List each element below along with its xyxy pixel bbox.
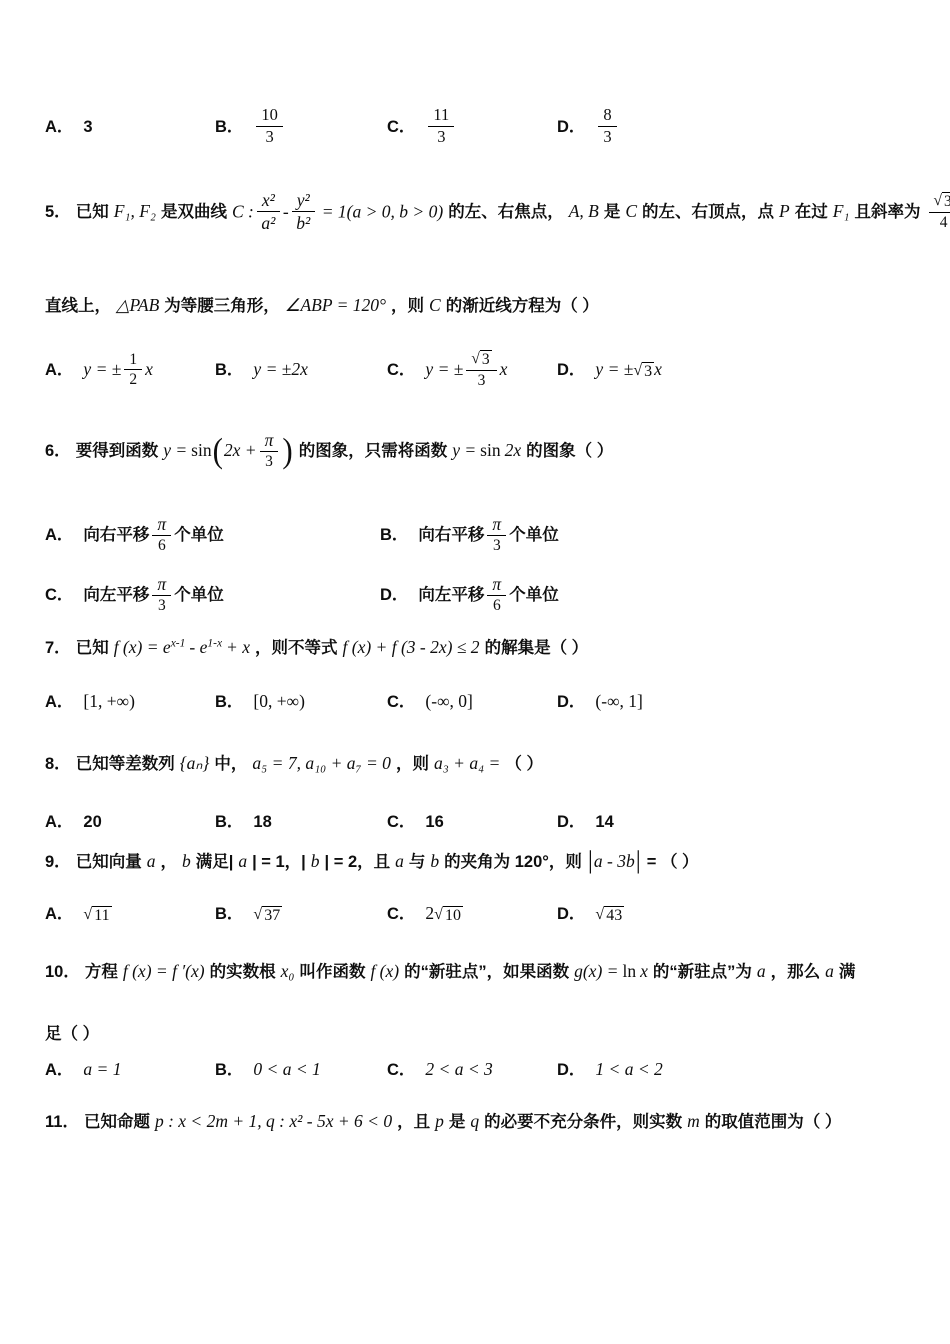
option-a: A．3	[45, 113, 210, 137]
option-value: 20	[83, 813, 101, 831]
question-5-stem-line-1: 5． 已知 F₁, F₂ 是双曲线 C :x²a²-y²b² = 1(a > 0…	[45, 192, 940, 235]
option-label: D．	[380, 586, 408, 604]
text: 叫作函数	[299, 958, 365, 982]
option-b: B．103	[215, 108, 382, 149]
question-number: 8．	[45, 750, 71, 774]
option-value: [1, +∞)	[83, 691, 135, 711]
math-expression: x₀	[281, 961, 295, 982]
text: ，	[160, 848, 177, 872]
math-expression: y = sin(2x +π3)	[163, 432, 294, 473]
math-expression: a	[757, 961, 766, 982]
question-number: 6．	[45, 437, 71, 461]
option-value: 0 < a < 1	[253, 1059, 320, 1079]
option-value: (-∞, 0]	[425, 691, 472, 711]
option-d: D．(-∞, 1]	[557, 688, 643, 712]
text: 方程	[85, 958, 118, 982]
square-root: √3	[934, 192, 950, 211]
fraction: π3	[152, 574, 171, 615]
option-label: A．	[45, 813, 73, 831]
square-root: √3	[633, 362, 654, 381]
right-parenthesis: )	[282, 435, 292, 466]
question-10-stem-line-1: 10． 方程 f (x) = f ′(x) 的实数根 x₀ 叫作函数 f (x)…	[45, 958, 940, 982]
option-value: 2 < a < 3	[425, 1059, 492, 1079]
option-c: C．2 < a < 3	[387, 1056, 552, 1080]
math-expression: f (x)	[370, 961, 399, 982]
text: = （ ）	[647, 848, 699, 872]
option-value: a = 1	[83, 1059, 121, 1079]
fraction: π3	[260, 430, 279, 471]
option-value: 14	[595, 813, 613, 831]
math-expression: p : x < 2m + 1, q : x² - 5x + 6 < 0	[155, 1111, 392, 1132]
math-expression: f (x) + f (3 - 2x) ≤ 2	[343, 637, 480, 658]
math-expression: ∠ABP = 120°	[285, 295, 386, 316]
option-label: C．	[45, 586, 73, 604]
option-value: 1 < a < 2	[595, 1059, 662, 1079]
option-b: B．18	[215, 808, 382, 832]
option-label: A．	[45, 905, 73, 923]
option-label: A．	[45, 361, 73, 379]
option-a: A．向右平移π6个单位	[45, 516, 375, 557]
option-value: y = ±2x	[253, 359, 307, 379]
option-d: D．y = ±√3x	[557, 356, 662, 381]
text: 的左、右顶点，点	[642, 198, 774, 222]
superscript: 1-x	[207, 638, 222, 650]
option-value: 3	[83, 118, 92, 136]
fraction: 12	[124, 351, 142, 390]
math-expression: a	[147, 851, 156, 872]
math-expression: g(x) = ln x	[574, 961, 648, 982]
vertical-bar: |	[588, 848, 593, 873]
question-7-options: A．[1, +∞) B．[0, +∞) C．(-∞, 0] D．(-∞, 1]	[45, 688, 940, 712]
text: 且斜率为	[855, 198, 921, 222]
text: ，那么	[771, 958, 821, 982]
text: ，则	[391, 292, 424, 316]
text: （ ）	[505, 750, 543, 774]
option-label: B．	[215, 905, 243, 923]
question-number: 9．	[45, 848, 71, 872]
text: 与	[409, 848, 426, 872]
question-6-options-row-1: A．向右平移π6个单位 B．向右平移π3个单位	[45, 516, 940, 557]
option-c: C．113	[387, 108, 552, 149]
option-label: D．	[557, 905, 585, 923]
math-expression: y = sin 2x	[452, 440, 521, 461]
text: 中，	[214, 750, 247, 774]
option-c: C．(-∞, 0]	[387, 688, 552, 712]
question-6-options-row-2: C．向左平移π3个单位 D．向左平移π6个单位	[45, 576, 940, 617]
text: ，则	[396, 750, 429, 774]
option-a: A．a = 1	[45, 1056, 210, 1080]
option-value: (-∞, 1]	[595, 691, 642, 711]
math-expression: △PAB	[116, 295, 159, 316]
math-expression: C	[625, 201, 637, 222]
math-expression: F₁, F₂	[114, 201, 156, 222]
option-d: D．14	[557, 808, 614, 832]
question-number: 7．	[45, 634, 71, 658]
option-label: C．	[387, 693, 415, 711]
text: 足（ ）	[45, 1020, 99, 1044]
option-c: C．16	[387, 808, 552, 832]
math-expression: b	[311, 851, 320, 872]
text: 为等腰三角形，	[164, 292, 280, 316]
fraction: π6	[152, 514, 171, 555]
exam-page: A．3 B．103 C．113 D．83 5． 已知 F₁, F₂ 是双曲线 C…	[0, 0, 950, 1344]
math-expression: a	[395, 851, 404, 872]
left-parenthesis: (	[213, 435, 223, 466]
text: ，且	[397, 1108, 430, 1132]
fraction: y²b²	[292, 190, 315, 233]
option-label: B．	[380, 526, 408, 544]
text: 直线上，	[45, 292, 111, 316]
question-4-options: A．3 B．103 C．113 D．83	[45, 108, 940, 149]
option-label: D．	[557, 693, 585, 711]
option-b: B．√37	[215, 900, 382, 925]
question-number: 5．	[45, 198, 71, 222]
text: 要得到函数	[76, 437, 159, 461]
square-root: √11	[83, 906, 111, 925]
vertical-bar: |	[636, 848, 641, 873]
question-10-options: A．a = 1 B．0 < a < 1 C．2 < a < 3 D．1 < a …	[45, 1056, 940, 1080]
option-label: B．	[215, 361, 243, 379]
option-label: C．	[387, 361, 415, 379]
text: 是	[449, 1108, 466, 1132]
option-b: B．y = ±2x	[215, 356, 382, 380]
fraction: x²a²	[257, 190, 280, 233]
option-a: A．√11	[45, 900, 210, 925]
text: 已知等差数列	[76, 750, 175, 774]
question-10-stem-line-2: 足（ ）	[45, 1020, 940, 1044]
math-expression: √34	[926, 194, 950, 234]
question-9-stem: 9． 已知向量 a ， b 满足| a | = 1，| b | = 2，且 a …	[45, 848, 940, 876]
square-root: √37	[253, 906, 282, 925]
math-expression: q	[470, 1111, 479, 1132]
math-expression: {aₙ}	[180, 753, 210, 774]
option-value: 16	[425, 813, 443, 831]
math-expression: F₁	[833, 201, 850, 222]
text: | = 1，|	[252, 848, 306, 872]
fraction: π6	[487, 574, 506, 615]
option-c: C．y = ±√33x	[387, 352, 552, 392]
math-expression: |a - 3b|	[587, 851, 642, 876]
math-expression: f (x) = f ′(x)	[123, 961, 205, 982]
option-label: A．	[45, 1061, 73, 1079]
question-6-stem: 6． 要得到函数 y = sin(2x +π3) 的图象，只需将函数 y = s…	[45, 432, 940, 473]
option-label: A．	[45, 693, 73, 711]
superscript: x-1	[171, 638, 186, 650]
math-expression: a₃ + a₄ =	[434, 753, 500, 774]
question-8-stem: 8． 已知等差数列 {aₙ} 中， a₅ = 7, a₁₀ + a₇ = 0 ，…	[45, 750, 940, 774]
option-value: [0, +∞)	[253, 691, 305, 711]
math-expression: b	[182, 851, 191, 872]
option-label: C．	[387, 118, 415, 136]
fraction: 83	[598, 106, 616, 147]
text: 已知	[76, 198, 109, 222]
text: 满	[839, 958, 856, 982]
square-root: √3	[471, 350, 491, 369]
option-d: D．83	[557, 108, 620, 149]
text: 的解集是（ ）	[485, 634, 589, 658]
option-a: A．[1, +∞)	[45, 688, 210, 712]
text: 的左、右焦点，	[448, 198, 564, 222]
math-expression: a	[825, 961, 834, 982]
option-label: B．	[215, 693, 243, 711]
math-expression: A, B	[569, 201, 599, 222]
text: 已知向量	[76, 848, 142, 872]
fraction: √34	[929, 192, 950, 232]
option-value: 18	[253, 813, 271, 831]
option-label: D．	[557, 1061, 585, 1079]
option-label: D．	[557, 361, 585, 379]
math-expression: f (x) = ex-1 - e1-x + x	[114, 637, 250, 658]
text: ，则不等式	[255, 634, 338, 658]
option-b: B．0 < a < 1	[215, 1056, 382, 1080]
option-label: C．	[387, 905, 415, 923]
text: 已知	[76, 634, 109, 658]
fraction: √33	[466, 350, 496, 390]
option-d: D．向左平移π6个单位	[380, 576, 559, 617]
math-expression: C	[429, 295, 441, 316]
question-11-stem: 11． 已知命题 p : x < 2m + 1, q : x² - 5x + 6…	[45, 1108, 940, 1132]
text: 的图象（ ）	[526, 437, 613, 461]
option-d: D．1 < a < 2	[557, 1056, 663, 1080]
option-label: C．	[387, 1061, 415, 1079]
text: | = 2，且	[325, 848, 391, 872]
question-7-stem: 7． 已知 f (x) = ex-1 - e1-x + x ，则不等式 f (x…	[45, 634, 940, 658]
option-b: B．[0, +∞)	[215, 688, 382, 712]
option-a: A．y = ±12x	[45, 353, 210, 392]
math-expression: b	[430, 851, 439, 872]
option-c: C．向左平移π3个单位	[45, 576, 375, 617]
text: 的夹角为 120°，则	[444, 848, 582, 872]
option-label: C．	[387, 813, 415, 831]
option-label: B．	[215, 1061, 243, 1079]
math-expression: a₅ = 7, a₁₀ + a₇ = 0	[252, 753, 391, 774]
text: 的必要不充分条件，则实数	[484, 1108, 682, 1132]
math-expression: P	[779, 201, 790, 222]
option-c: C．2√10	[387, 900, 552, 925]
text: 是	[604, 198, 621, 222]
text: 是双曲线	[161, 198, 227, 222]
option-label: A．	[45, 118, 73, 136]
text: 的实数根	[210, 958, 276, 982]
question-5-stem-line-2: 直线上， △PAB 为等腰三角形， ∠ABP = 120° ，则 C 的渐近线方…	[45, 292, 940, 316]
question-8-options: A．20 B．18 C．16 D．14	[45, 808, 940, 832]
math-expression: C :x²a²-y²b² = 1(a > 0, b > 0)	[232, 192, 443, 235]
text: 满足|	[196, 848, 234, 872]
text: 的渐近线方程为（ ）	[446, 292, 599, 316]
fraction: 113	[428, 106, 454, 147]
question-9-options: A．√11 B．√37 C．2√10 D．√43	[45, 900, 940, 925]
math-expression: m	[687, 1111, 700, 1132]
option-b: B．向右平移π3个单位	[380, 516, 559, 557]
option-label: D．	[557, 118, 585, 136]
square-root: √43	[595, 906, 624, 925]
math-expression: p	[435, 1111, 444, 1132]
question-5-options: A．y = ±12x B．y = ±2x C．y = ±√33x D．y = ±…	[45, 352, 940, 392]
square-root: √10	[434, 906, 463, 925]
option-label: B．	[215, 813, 243, 831]
text: 在过	[795, 198, 828, 222]
text: 的“新驻点”，如果函数	[404, 958, 569, 982]
option-label: D．	[557, 813, 585, 831]
question-number: 11．	[45, 1108, 79, 1132]
option-a: A．20	[45, 808, 210, 832]
text: 的图象，只需将函数	[299, 437, 448, 461]
math-expression: a	[238, 851, 247, 872]
question-number: 10．	[45, 958, 80, 982]
text: 已知命题	[84, 1108, 150, 1132]
fraction: π3	[487, 514, 506, 555]
text: 的取值范围为（ ）	[705, 1108, 842, 1132]
option-label: B．	[215, 118, 243, 136]
text: 的“新驻点”为	[653, 958, 752, 982]
option-label: A．	[45, 526, 73, 544]
option-d: D．√43	[557, 900, 624, 925]
fraction: 103	[256, 106, 283, 147]
